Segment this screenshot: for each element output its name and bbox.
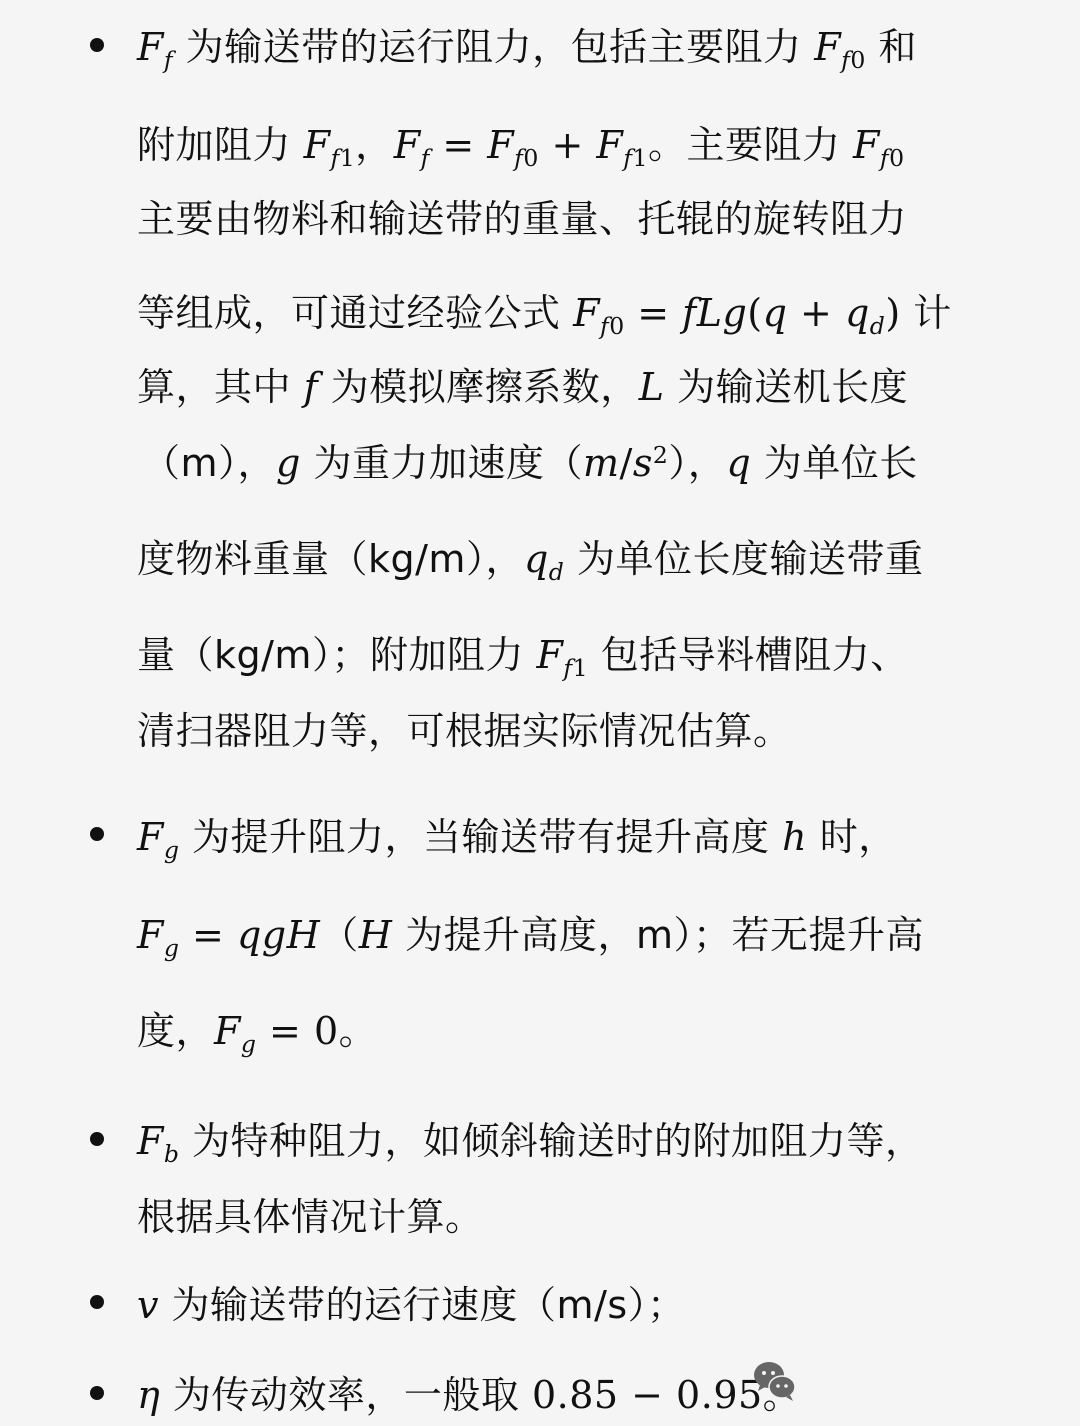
text-line: （m），g 为重力加速度（m/s2），q 为单位长 bbox=[142, 432, 918, 487]
text-line: 算，其中 f 为模拟摩擦系数，L 为输送机长度 bbox=[137, 356, 908, 411]
bullet-dot bbox=[90, 1295, 104, 1309]
text-line: Fg = qgH（H 为提升高度，m）；若无提升高 bbox=[137, 904, 924, 962]
bullet-dot bbox=[90, 827, 104, 841]
bullet-dot bbox=[90, 38, 104, 52]
text-line: 主要由物料和输送带的重量、托辊的旋转阻力 bbox=[137, 188, 907, 243]
text-line: 度，Fg = 0。 bbox=[137, 1000, 377, 1058]
wechat-icon bbox=[752, 1358, 798, 1404]
text-line: 等组成，可通过经验公式 Ff0 = fLg(q + qd) 计 bbox=[137, 282, 952, 340]
text-line: Ff 为输送带的运行阻力，包括主要阻力 Ff0 和 bbox=[137, 16, 917, 74]
text-line: η 为传动效率，一般取 0.85 − 0.95。 bbox=[137, 1364, 801, 1419]
text-line: Fg 为提升阻力，当输送带有提升高度 h 时， bbox=[137, 806, 897, 864]
text-line: v 为输送带的运行速度（m/s）； bbox=[137, 1274, 686, 1329]
text-line: 附加阻力 Ff1，Ff = Ff0 + Ff1。主要阻力 Ff0 bbox=[137, 114, 905, 172]
text-line: 清扫器阻力等，可根据实际情况估算。 bbox=[137, 700, 792, 755]
text-line: 度物料重量（kg/m），qd 为单位长度输送带重 bbox=[137, 528, 923, 586]
text-line: 根据具体情况计算。 bbox=[137, 1186, 484, 1241]
text-line: Fb 为特种阻力，如倾斜输送时的附加阻力等， bbox=[137, 1110, 924, 1168]
text-line: 量（kg/m）；附加阻力 Ff1 包括导料槽阻力、 bbox=[137, 624, 909, 682]
bullet-dot bbox=[90, 1132, 104, 1146]
bullet-dot bbox=[90, 1386, 104, 1400]
